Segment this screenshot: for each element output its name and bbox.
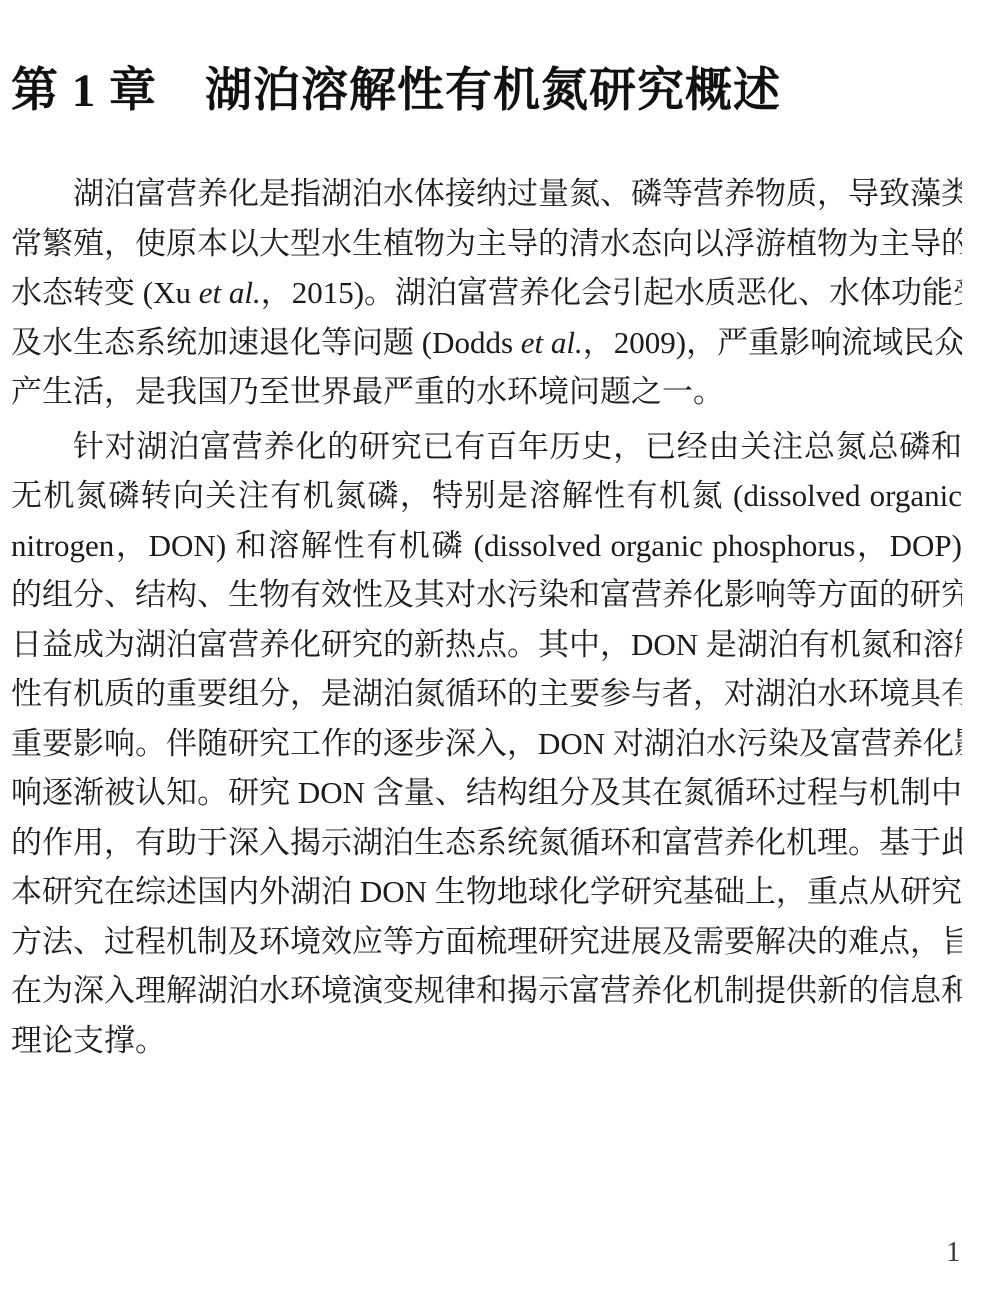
citation-et-al: et al. — [199, 275, 261, 310]
text-run: 重要影响。伴随研究工作的逐步深入，DON 对湖泊水污染及富营养化影 — [11, 726, 962, 761]
text-line: 的作用，有助于深入揭示湖泊生态系统氮循环和富营养化机理。基于此， — [11, 818, 962, 868]
text-run: 方法、过程机制及环境效应等方面梳理研究进展及需要解决的难点，旨 — [11, 924, 962, 959]
text-line: 常繁殖，使原本以大型水生植物为主导的清水态向以浮游植物为主导的浊 — [11, 219, 962, 269]
paragraph-container: 湖泊富营养化是指湖泊水体接纳过量氮、磷等营养物质，导致藻类异常繁殖，使原本以大型… — [11, 169, 962, 1065]
text-run: 无机氮磷转向关注有机氮磷，特别是溶解性有机氮 (dissolved organi… — [11, 478, 962, 513]
text-line: nitrogen，DON) 和溶解性有机磷 (dissolved organic… — [11, 521, 962, 571]
book-page: 第 1 章湖泊溶解性有机氮研究概述 湖泊富营养化是指湖泊水体接纳过量氮、磷等营养… — [0, 0, 993, 1297]
text-run: 湖泊富营养化是指湖泊水体接纳过量氮、磷等营养物质，导致藻类异 — [73, 176, 962, 211]
text-line: 的组分、结构、生物有效性及其对水污染和富营养化影响等方面的研究， — [11, 570, 962, 620]
text-run: ，2015)。湖泊富营养化会引起水质恶化、水体功能受损 — [261, 275, 962, 310]
text-line: 理论支撑。 — [11, 1016, 962, 1066]
text-line: 针对湖泊富营养化的研究已有百年历史，已经由关注总氮总磷和 — [11, 422, 962, 472]
text-line: 产生活，是我国乃至世界最严重的水环境问题之一。 — [11, 367, 962, 417]
text-line: 响逐渐被认知。研究 DON 含量、结构组分及其在氮循环过程与机制中 — [11, 768, 962, 818]
text-run: 针对湖泊富营养化的研究已有百年历史，已经由关注总氮总磷和 — [73, 429, 962, 464]
page-number: 1 — [946, 1236, 961, 1269]
text-line: 重要影响。伴随研究工作的逐步深入，DON 对湖泊水污染及富营养化影 — [11, 719, 962, 769]
text-run: 响逐渐被认知。研究 DON 含量、结构组分及其在氮循环过程与机制中 — [11, 775, 962, 810]
text-line: 水态转变 (Xu et al.，2015)。湖泊富营养化会引起水质恶化、水体功能… — [11, 268, 962, 318]
text-line: 方法、过程机制及环境效应等方面梳理研究进展及需要解决的难点，旨 — [11, 917, 962, 967]
text-run: 产生活，是我国乃至世界最严重的水环境问题之一。 — [11, 374, 724, 409]
text-run: 本研究在综述国内外湖泊 DON 生物地球化学研究基础上，重点从研究 — [11, 874, 962, 909]
chapter-name: 湖泊溶解性有机氮研究概述 — [205, 65, 781, 117]
paragraph: 针对湖泊富营养化的研究已有百年历史，已经由关注总氮总磷和无机氮磷转向关注有机氮磷… — [11, 422, 962, 1066]
page-body: 湖泊富营养化是指湖泊水体接纳过量氮、磷等营养物质，导致藻类异常繁殖，使原本以大型… — [11, 169, 962, 1065]
text-run: 及水生态系统加速退化等问题 (Dodds — [11, 325, 521, 360]
text-line: 本研究在综述国内外湖泊 DON 生物地球化学研究基础上，重点从研究 — [11, 867, 962, 917]
text-run: 性有机质的重要组分，是湖泊氮循环的主要参与者，对湖泊水环境具有 — [11, 676, 962, 711]
text-run: 在为深入理解湖泊水环境演变规律和揭示富营养化机制提供新的信息和 — [11, 973, 962, 1008]
text-run: 的作用，有助于深入揭示湖泊生态系统氮循环和富营养化机理。基于此， — [11, 825, 962, 860]
citation-et-al: et al. — [521, 325, 583, 360]
text-run: 日益成为湖泊富营养化研究的新热点。其中，DON 是湖泊有机氮和溶解 — [11, 627, 962, 662]
text-run: nitrogen，DON) 和溶解性有机磷 (dissolved organic… — [11, 528, 962, 563]
text-run: 水态转变 (Xu — [11, 275, 199, 310]
text-run: 的组分、结构、生物有效性及其对水污染和富营养化影响等方面的研究， — [11, 577, 962, 612]
text-line: 无机氮磷转向关注有机氮磷，特别是溶解性有机氮 (dissolved organi… — [11, 471, 962, 521]
chapter-number-label: 第 1 章 — [11, 65, 157, 117]
text-run: 理论支撑。 — [11, 1023, 166, 1058]
text-line: 性有机质的重要组分，是湖泊氮循环的主要参与者，对湖泊水环境具有 — [11, 669, 962, 719]
text-line: 在为深入理解湖泊水环境演变规律和揭示富营养化机制提供新的信息和 — [11, 966, 962, 1016]
text-line: 及水生态系统加速退化等问题 (Dodds et al.，2009)，严重影响流域… — [11, 318, 962, 368]
text-line: 日益成为湖泊富营养化研究的新热点。其中，DON 是湖泊有机氮和溶解 — [11, 620, 962, 670]
chapter-title: 第 1 章湖泊溶解性有机氮研究概述 — [11, 53, 781, 120]
text-run: ，2009)，严重影响流域民众生 — [583, 325, 962, 360]
text-run: 常繁殖，使原本以大型水生植物为主导的清水态向以浮游植物为主导的浊 — [11, 226, 962, 261]
paragraph: 湖泊富营养化是指湖泊水体接纳过量氮、磷等营养物质，导致藻类异常繁殖，使原本以大型… — [11, 169, 962, 417]
text-line: 湖泊富营养化是指湖泊水体接纳过量氮、磷等营养物质，导致藻类异 — [11, 169, 962, 219]
